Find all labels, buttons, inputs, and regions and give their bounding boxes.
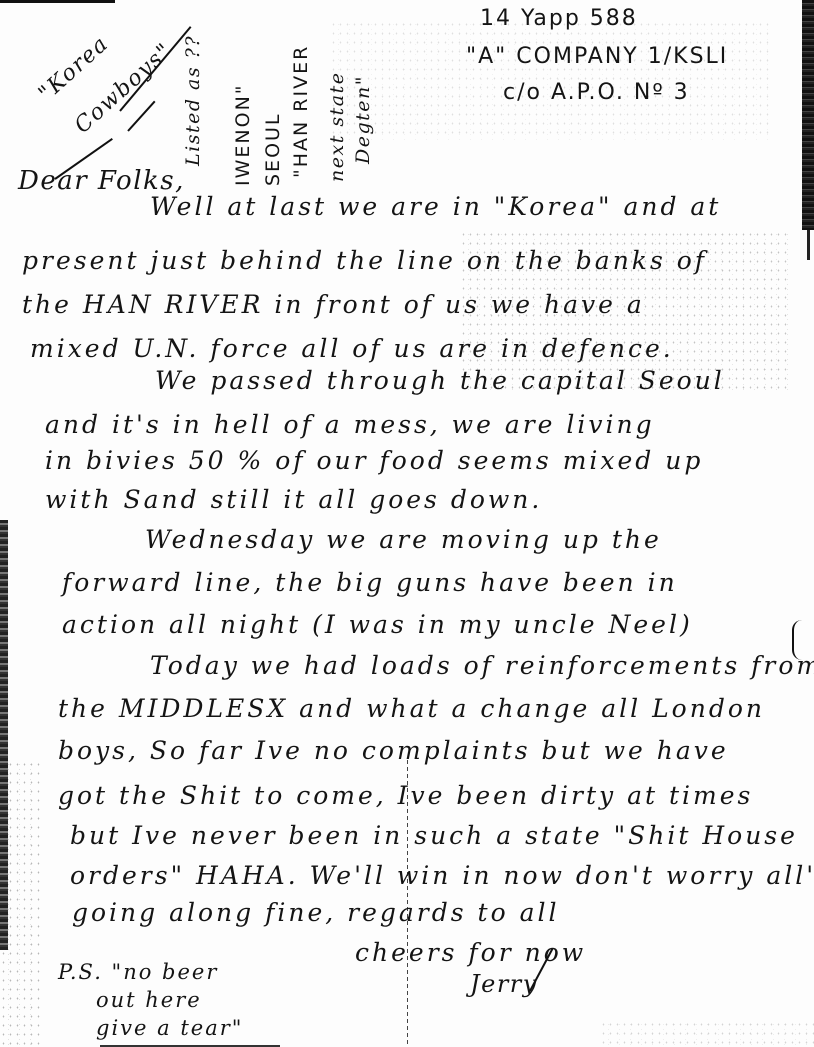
letter-signature: Jerry bbox=[470, 970, 538, 998]
body-line: got the Shit to come, Ive been dirty at … bbox=[58, 781, 753, 810]
postscript-line: out here bbox=[96, 988, 202, 1012]
address-line-2: "A" COMPANY 1/KSLI bbox=[466, 44, 728, 69]
annotation-vertical: Listed as ?? bbox=[182, 35, 204, 166]
body-line: action all night (I was in my uncle Neel… bbox=[62, 610, 693, 639]
annotation-vertical: "HAN RIVER bbox=[290, 45, 312, 178]
body-line: the MIDDLESX and what a change all Londo… bbox=[58, 694, 765, 723]
body-line: Today we had loads of reinforcements fro… bbox=[150, 651, 814, 680]
annotation-vertical: SEOUL bbox=[262, 112, 284, 186]
letter-page: 14 Yapp 588 "A" COMPANY 1/KSLI c/o A.P.O… bbox=[0, 0, 814, 1047]
body-line: Well at last we are in "Korea" and at bbox=[150, 192, 721, 221]
scan-edge-top bbox=[0, 0, 115, 3]
body-line: Wednesday we are moving up the bbox=[145, 525, 662, 554]
body-line: boys, So far Ive no complaints but we ha… bbox=[58, 736, 729, 765]
annotation-vertical: IWENON" bbox=[232, 83, 254, 186]
body-line: but Ive never been in such a state "Shit… bbox=[70, 821, 798, 850]
annotation-vertical: next state bbox=[326, 72, 348, 182]
scan-noise bbox=[600, 1020, 814, 1047]
address-line-3: c/o A.P.O. Nº 3 bbox=[503, 80, 690, 105]
body-line: with Sand still it all goes down. bbox=[45, 485, 542, 514]
body-line: present just behind the line on the bank… bbox=[22, 246, 707, 275]
postscript-line: give a tear" bbox=[96, 1016, 243, 1040]
body-line: We passed through the capital Seoul bbox=[155, 366, 725, 395]
scan-edge-right bbox=[802, 0, 814, 230]
body-line: mixed U.N. force all of us are in defenc… bbox=[30, 334, 674, 363]
body-line: going along fine, regards to all bbox=[72, 898, 559, 927]
annotation-vertical: Degten" bbox=[352, 75, 374, 164]
body-line: in bivies 50 % of our food seems mixed u… bbox=[45, 446, 703, 475]
body-line: and it's in hell of a mess, we are livin… bbox=[45, 410, 655, 439]
body-line: forward line, the big guns have been in bbox=[62, 568, 678, 597]
postscript-line: P.S. "no beer bbox=[58, 960, 218, 984]
body-line: the HAN RIVER in front of us we have a bbox=[22, 290, 645, 319]
address-line-1: 14 Yapp 588 bbox=[480, 6, 638, 31]
scan-edge-right bbox=[807, 230, 810, 260]
scan-edge-left bbox=[0, 520, 8, 950]
annotation-slash bbox=[127, 101, 155, 132]
body-line: orders" HAHA. We'll win in now don't wor… bbox=[70, 861, 814, 890]
